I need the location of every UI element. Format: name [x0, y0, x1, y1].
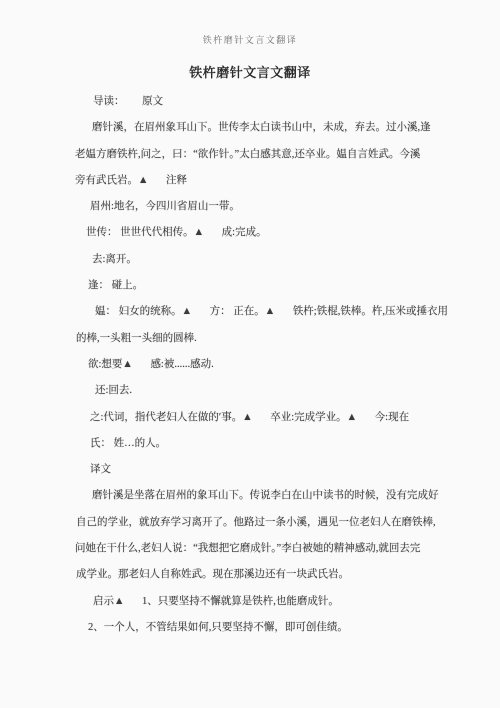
annotation-segment: 氏： 姓…的人。 [90, 431, 166, 457]
annotation-segment: 今:现在 [375, 405, 409, 431]
annotation-line: 眉州:地名，今四川省眉山一带。 [90, 194, 490, 220]
original-text-line: 旁有武氏岩。▲ 注释 [75, 168, 490, 194]
translation-line: 问她在干什么,老妇人说：“我想把它磨成针。”李白被她的精神感动,就回去完 [75, 536, 490, 562]
translation-segment: 成学业。那老妇人自称姓武。现在那溪边还有一块武氏岩。 [76, 562, 349, 588]
annotation-line: 氏： 姓…的人。 [90, 431, 490, 457]
annotation-segment: 感:被......感动. [150, 352, 213, 378]
annotation-segment: 媪： 妇女的统称。▲ [95, 299, 192, 325]
document-page: 铁杵磨针文言文翻译 铁杵磨针文言文翻译 导读： 原文 磨针溪，在眉州象耳山下。世… [0, 0, 500, 708]
translation-line: 磨针溪是坐落在眉州的象耳山下。传说李白在山中读书的时候，没有完成好 [92, 483, 490, 509]
annotation-segment: 铁杵;铁棍,铁棒。杵,压米或捶衣用 [293, 299, 448, 325]
section-label-translation: 译文 [90, 457, 490, 483]
annotation-line: 欲:想要▲ 感:被......感动. [88, 352, 490, 378]
translation-segment: 自己的学业，就放弃学习离开了。他路过一条小溪，遇见一位老妇人在磨铁棒, [76, 510, 436, 536]
annotation-line: 世传： 世世代代相传。▲ 成:完成。 [86, 220, 490, 246]
insight-segment: 1、只要坚持不懈就算是铁杵,也能磨成针。 [142, 589, 339, 615]
translation-label: 译文 [90, 457, 111, 483]
annotation-line: 去:离开。 [92, 247, 490, 273]
original-text-line: 老媪方磨铁杵,问之，曰：“欲作针。”太白感其意,还卒业。媪自言姓武。今溪 [75, 142, 490, 168]
annotation-line: 还:回去. [95, 378, 490, 404]
annotation-segment: 之:代词，指代老妇人在做的′事。▲ [90, 405, 253, 431]
original-text-line: 磨针溪，在眉州象耳山下。世传李太白读书山中，未成，弃去。过小溪,逢 [92, 115, 490, 141]
annotation-segment: 逢： 碰上。 [88, 273, 143, 299]
annotation-segment: 成:完成。 [222, 220, 267, 246]
translation-segment: 问她在干什么,老妇人说：“我想把它磨成针。”李白被她的精神感动,就回去完 [75, 536, 420, 562]
annotation-segment: 的棒,一头粗一头细的圆棒. [76, 326, 197, 352]
translation-segment: 磨针溪是坐落在眉州的象耳山下。传说李白在山中读书的时候，没有完成好 [92, 483, 439, 509]
page-header: 铁杵磨针文言文翻译 [0, 0, 500, 46]
annotation-segment: 卒业:完成学业。▲ [270, 405, 357, 431]
annotation-segment: 还:回去. [95, 378, 132, 404]
original-text-segment: 老媪方磨铁杵,问之，曰：“欲作针。”太白感其意,还卒业。媪自言姓武。今溪 [75, 142, 420, 168]
lead-line: 导读： 原文 [93, 89, 490, 115]
annotation-line: 的棒,一头粗一头细的圆棒. [76, 326, 490, 352]
section-label-annotations: 注释 [166, 168, 187, 194]
annotation-segment: 欲:想要▲ [88, 352, 133, 378]
insight-segment: 2、一个人，不管结果如何,只要坚持不懈，即可创佳绩。 [88, 615, 348, 641]
insight-line: 2、一个人，不管结果如何,只要坚持不懈，即可创佳绩。 [88, 615, 490, 641]
original-text-segment: 旁有武氏岩。▲ [75, 168, 148, 194]
annotation-line: 之:代词，指代老妇人在做的′事。▲ 卒业:完成学业。▲ 今:现在 [90, 405, 490, 431]
annotation-segment: 去:离开。 [92, 247, 137, 273]
translation-line: 成学业。那老妇人自称姓武。现在那溪边还有一块武氏岩。 [76, 562, 490, 588]
annotation-segment: 眉州:地名，今四川省眉山一带。 [90, 194, 240, 220]
translation-line: 自己的学业，就放弃学习离开了。他路过一条小溪，遇见一位老妇人在磨铁棒, [76, 510, 490, 536]
annotation-line: 媪： 妇女的统称。▲ 方： 正在。▲ 铁杵;铁棍,铁棒。杵,压米或捶衣用 [95, 299, 490, 325]
section-label-insights: 启示▲ [93, 589, 124, 615]
annotation-segment: 世传： 世世代代相传。▲ [86, 220, 204, 246]
original-text-segment: 磨针溪，在眉州象耳山下。世传李太白读书山中，未成，弃去。过小溪,逢 [92, 115, 431, 141]
document-title: 铁杵磨针文言文翻译 [0, 62, 500, 81]
annotation-line: 逢： 碰上。 [88, 273, 490, 299]
document-body: 导读： 原文 磨针溪，在眉州象耳山下。世传李太白读书山中，未成，弃去。过小溪,逢… [0, 89, 500, 641]
annotation-segment: 方： 正在。▲ [210, 299, 276, 325]
lead-label: 导读： [93, 89, 125, 115]
original-text-link: 原文 [142, 89, 163, 115]
insight-line: 启示▲ 1、只要坚持不懈就算是铁杵,也能磨成针。 [93, 589, 490, 615]
